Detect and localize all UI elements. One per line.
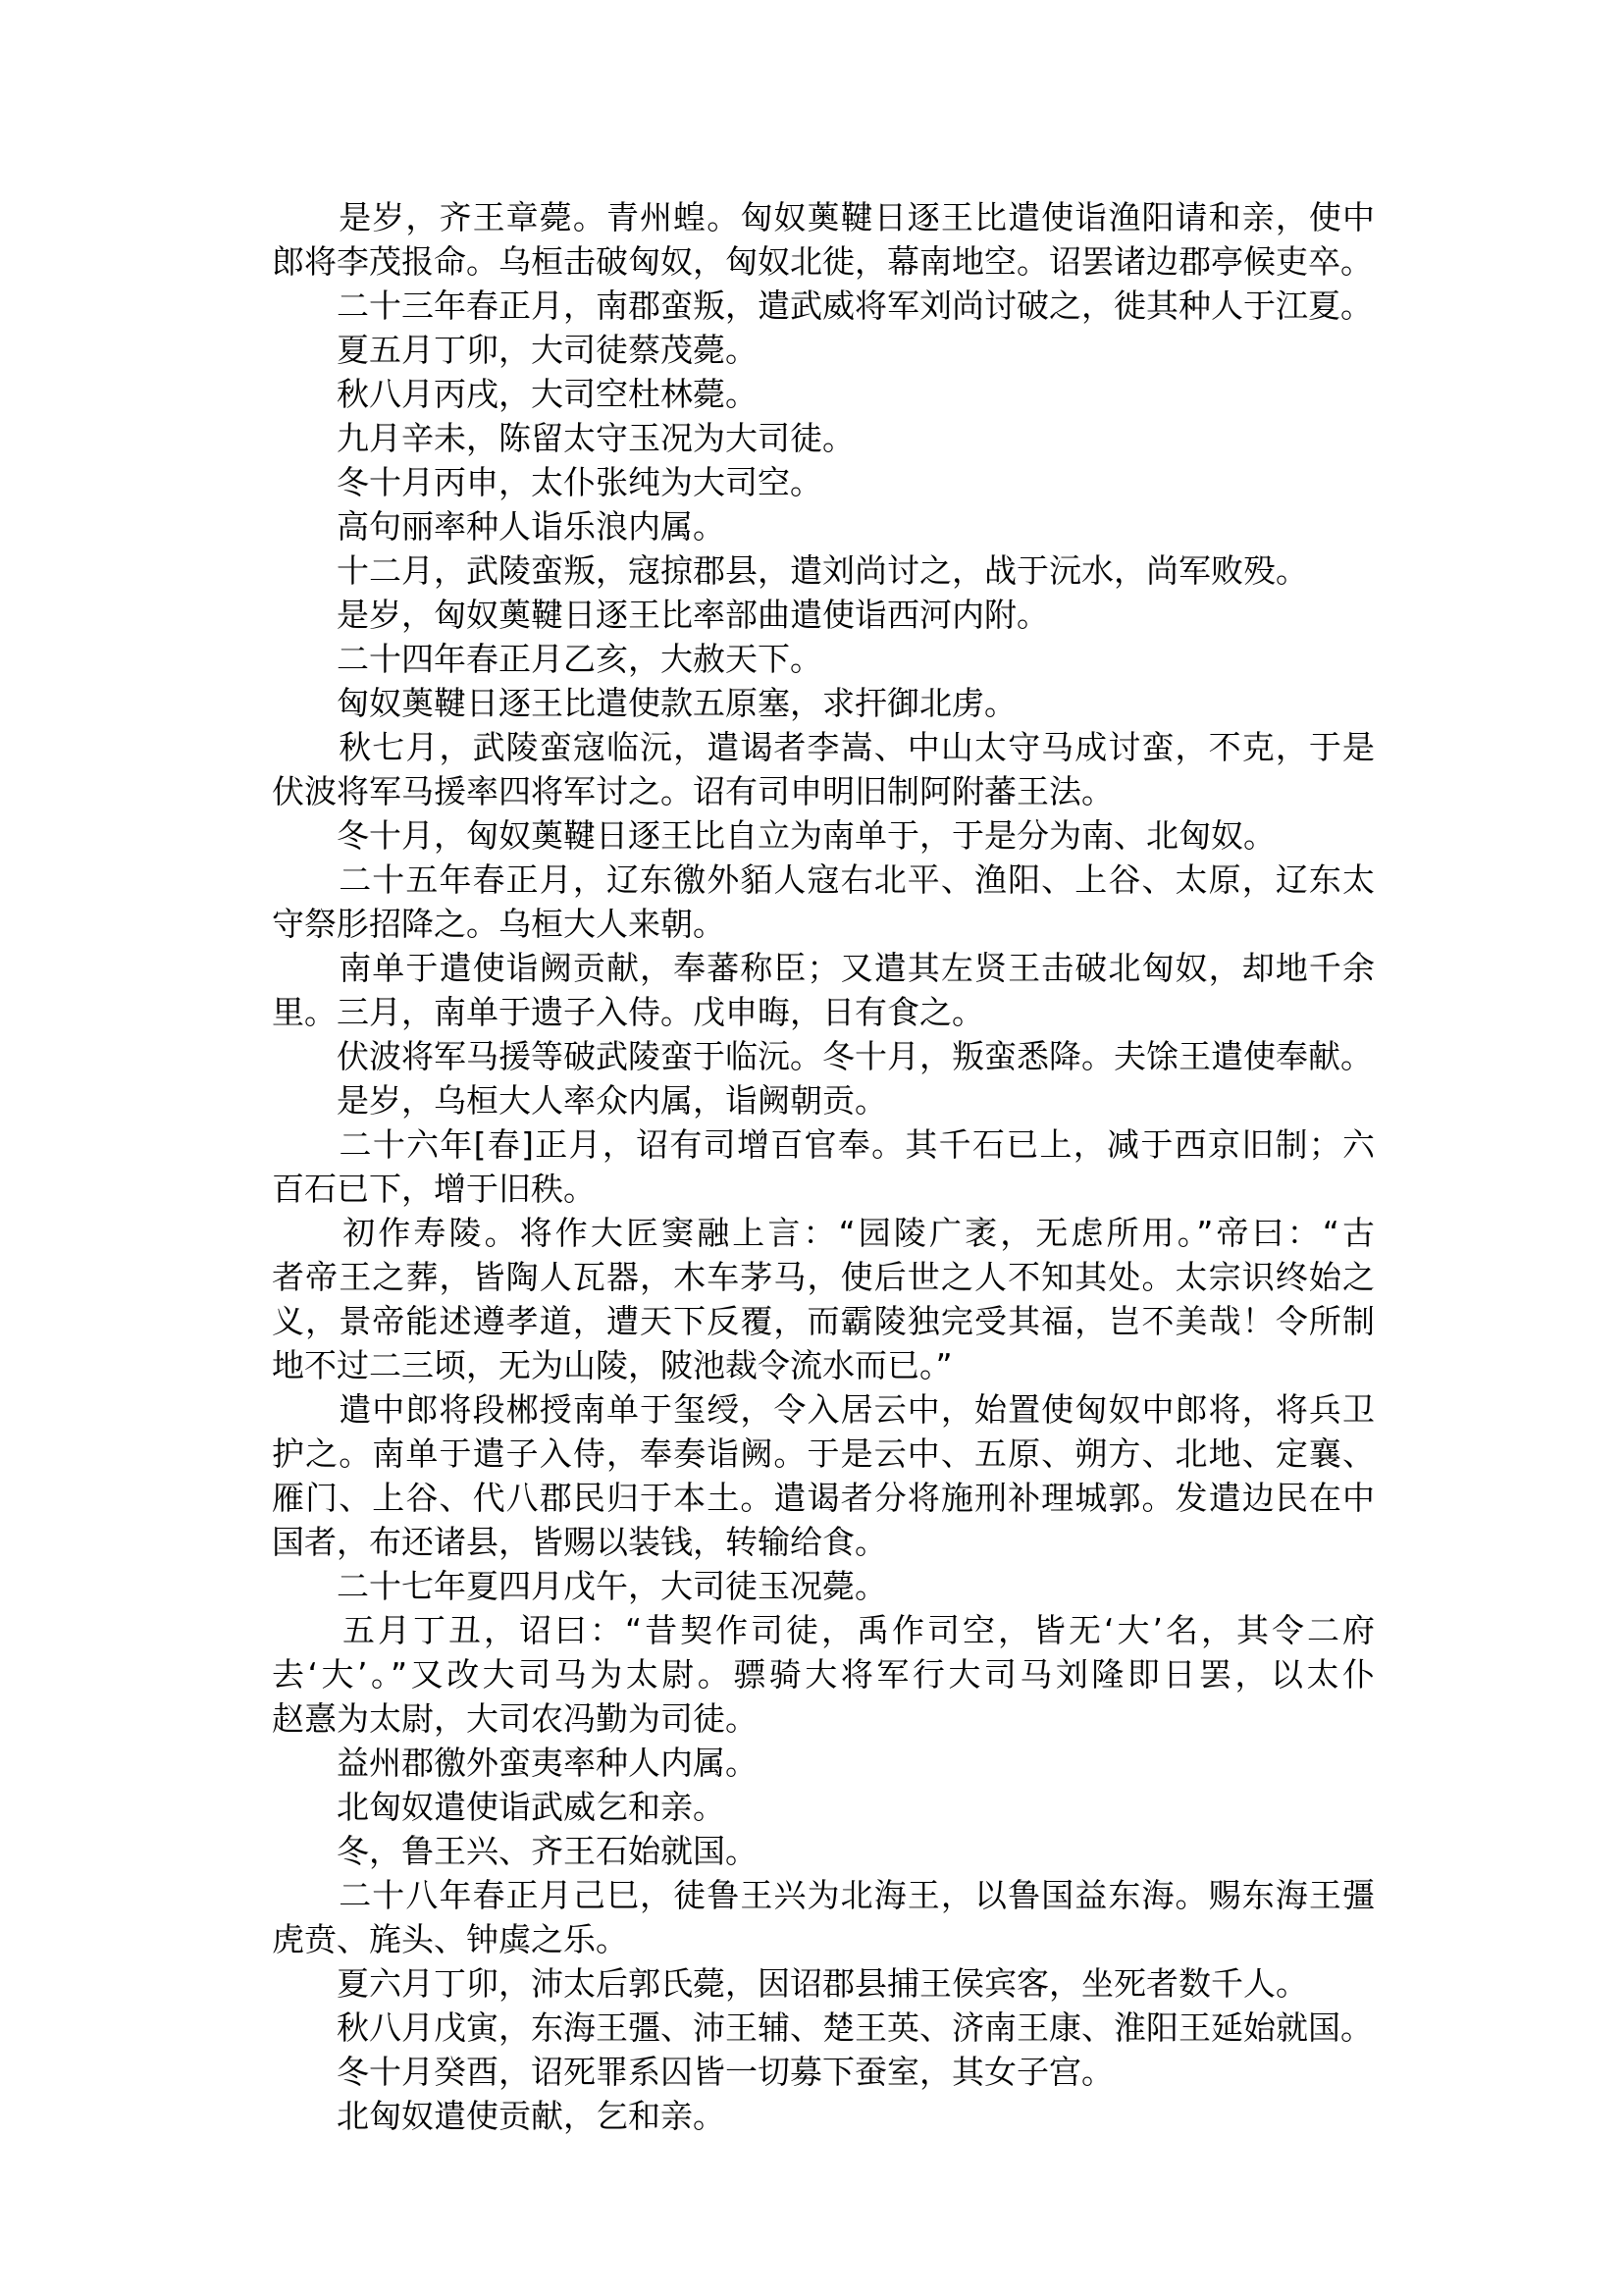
text-line: 秋八月丙戌，大司空杜林薨。 — [272, 372, 1375, 416]
text-line: 者帝王之葬，皆陶人瓦器，木车茅马，使后世之人不知其处。太宗识终始之 — [272, 1255, 1375, 1299]
text-line: 初作寿陵。将作大匠窦融上言：“园陵广袤，无虑所用。”帝曰：“古 — [272, 1211, 1375, 1255]
text-line: 里。三月，南单于遗子入侍。戊申晦，日有食之。 — [272, 990, 1375, 1034]
text-line: 二十三年春正月，南郡蛮叛，遣武威将军刘尚讨破之，徙其种人于江夏。 — [272, 284, 1375, 328]
text-line: 匈奴薁鞬日逐王比遣使款五原塞，求扞御北虏。 — [272, 681, 1375, 725]
text-line: 北匈奴遣使诣武威乞和亲。 — [272, 1785, 1375, 1829]
text-line: 五月丁丑，诏曰：“昔契作司徒，禹作司空，皆无‘大’名，其令二府 — [272, 1608, 1375, 1652]
text-line: 南单于遣使诣阙贡献，奉蕃称臣；又遣其左贤王击破北匈奴，却地千余 — [272, 946, 1375, 990]
text-line: 义，景帝能述遵孝道，遭天下反覆，而霸陵独完受其福，岂不美哉！令所制 — [272, 1299, 1375, 1343]
text-line: 郎将李茂报命。乌桓击破匈奴，匈奴北徙，幕南地空。诏罢诸边郡亭候吏卒。 — [272, 239, 1375, 284]
document-page: 是岁，齐王章薨。青州蝗。匈奴薁鞬日逐王比遣使诣渔阳请和亲，使中郎将李茂报命。乌桓… — [0, 0, 1624, 2294]
text-line: 冬十月，匈奴薁鞬日逐王比自立为南单于，于是分为南、北匈奴。 — [272, 813, 1375, 858]
text-line: 十二月，武陵蛮叛，寇掠郡县，遣刘尚讨之，战于沅水，尚军败殁。 — [272, 548, 1375, 593]
text-line: 伏波将军马援等破武陵蛮于临沅。冬十月，叛蛮悉降。夫馀王遣使奉献。 — [272, 1034, 1375, 1078]
text-line: 秋七月，武陵蛮寇临沅，遣谒者李嵩、中山太守马成讨蛮，不克，于是 — [272, 725, 1375, 769]
text-line: 伏波将军马援率四将军讨之。诏有司申明旧制阿附蕃王法。 — [272, 769, 1375, 813]
text-line: 冬十月癸酉，诏死罪系囚皆一切募下蚕室，其女子宫。 — [272, 2050, 1375, 2094]
text-line: 护之。南单于遣子入侍，奉奏诣阙。于是云中、五原、朔方、北地、定襄、 — [272, 1432, 1375, 1476]
text-line: 冬十月丙申，太仆张纯为大司空。 — [272, 460, 1375, 504]
text-line: 益州郡徼外蛮夷率种人内属。 — [272, 1741, 1375, 1785]
text-line: 冬，鲁王兴、齐王石始就国。 — [272, 1829, 1375, 1873]
text-line: 国者，布还诸县，皆赐以装钱，转输给食。 — [272, 1520, 1375, 1564]
text-line: 夏六月丁卯，沛太后郭氏薨，因诏郡县捕王侯宾客，坐死者数千人。 — [272, 1961, 1375, 2006]
text-line: 二十七年夏四月戊午，大司徒玉况薨。 — [272, 1564, 1375, 1608]
text-line: 九月辛未，陈留太守玉况为大司徒。 — [272, 416, 1375, 460]
text-line: 是岁，匈奴薁鞬日逐王比率部曲遣使诣西河内附。 — [272, 593, 1375, 637]
text-line: 是岁，乌桓大人率众内属，诣阙朝贡。 — [272, 1078, 1375, 1122]
text-line: 北匈奴遣使贡献，乞和亲。 — [272, 2094, 1375, 2138]
text-line: 二十四年春正月乙亥，大赦天下。 — [272, 637, 1375, 681]
text-line: 二十八年春正月己巳，徒鲁王兴为北海王，以鲁国益东海。赐东海王彊 — [272, 1873, 1375, 1917]
text-line: 秋八月戊寅，东海王彊、沛王辅、楚王英、济南王康、淮阳王延始就国。 — [272, 2006, 1375, 2050]
text-line: 地不过二三顷，无为山陵，陂池裁令流水而已。” — [272, 1343, 1375, 1387]
text-line: 夏五月丁卯，大司徒蔡茂薨。 — [272, 328, 1375, 372]
text-line: 去‘大’。”又改大司马为太尉。骠骑大将军行大司马刘隆即日罢，以太仆 — [272, 1652, 1375, 1696]
text-line: 守祭肜招降之。乌桓大人来朝。 — [272, 902, 1375, 946]
text-line: 是岁，齐王章薨。青州蝗。匈奴薁鞬日逐王比遣使诣渔阳请和亲，使中 — [272, 195, 1375, 239]
text-line: 高句丽率种人诣乐浪内属。 — [272, 504, 1375, 548]
text-line: 雁门、上谷、代八郡民归于本土。遣谒者分将施刑补理城郭。发遣边民在中 — [272, 1476, 1375, 1520]
text-line: 二十五年春正月，辽东徼外貊人寇右北平、渔阳、上谷、太原，辽东太 — [272, 858, 1375, 902]
text-line: 百石已下，增于旧秩。 — [272, 1167, 1375, 1211]
text-line: 赵憙为太尉，大司农冯勤为司徒。 — [272, 1696, 1375, 1741]
text-line: 二十六年[春]正月，诏有司增百官奉。其千石已上，减于西京旧制；六 — [272, 1122, 1375, 1167]
text-line: 虎贲、旄头、钟虡之乐。 — [272, 1917, 1375, 1961]
text-block: 是岁，齐王章薨。青州蝗。匈奴薁鞬日逐王比遣使诣渔阳请和亲，使中郎将李茂报命。乌桓… — [272, 195, 1375, 2138]
text-line: 遣中郎将段郴授南单于玺绶，令入居云中，始置使匈奴中郎将，将兵卫 — [272, 1387, 1375, 1432]
